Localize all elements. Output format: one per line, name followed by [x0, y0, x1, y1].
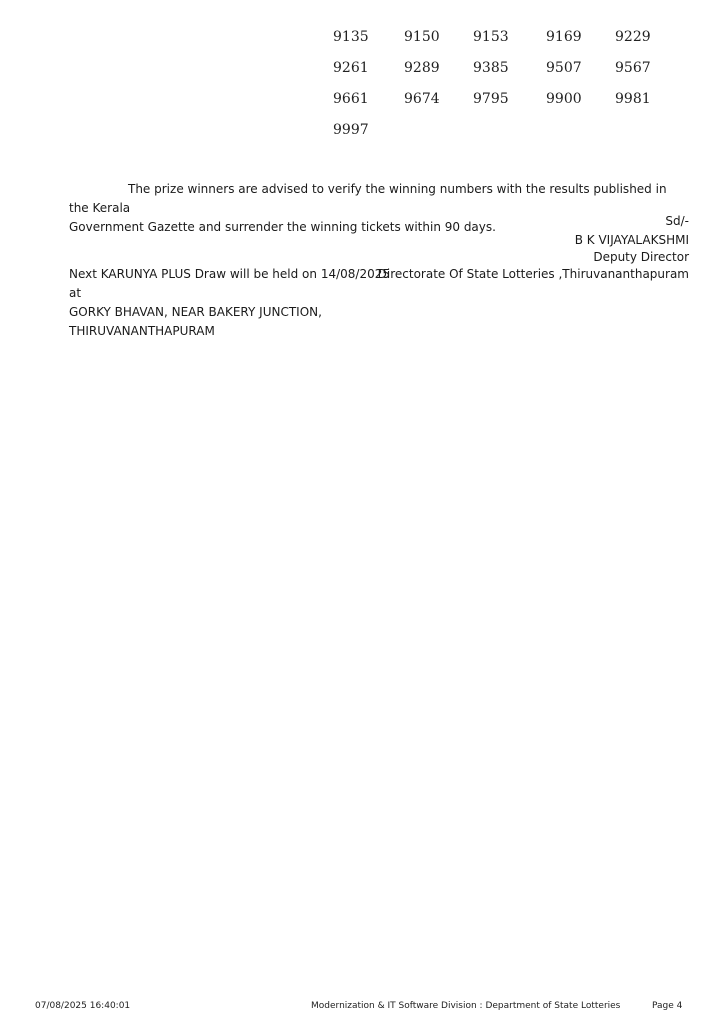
- footer-timestamp: 07/08/2025 16:40:01: [35, 1000, 130, 1012]
- winning-number: 9661: [333, 88, 369, 110]
- numbers-row: 9261 9289 9385 9507 9567: [333, 57, 693, 88]
- winning-number: 9229: [615, 26, 651, 48]
- winning-number: 9567: [615, 57, 651, 79]
- winning-number: 9981: [615, 88, 651, 110]
- next-draw-line-2: GORKY BHAVAN, NEAR BAKERY JUNCTION,: [69, 303, 399, 322]
- next-draw-line-1: Next KARUNYA PLUS Draw will be held on 1…: [69, 265, 399, 303]
- winning-number: 9289: [404, 57, 440, 79]
- footer-division: Modernization & IT Software Division : D…: [311, 1000, 620, 1012]
- winning-number: 9795: [473, 88, 509, 110]
- notice-line-2: Government Gazette and surrender the win…: [69, 220, 496, 234]
- numbers-row: 9661 9674 9795 9900 9981: [333, 88, 693, 119]
- notice-line-1: The prize winners are advised to verify …: [69, 182, 667, 215]
- signatory-office: Directorate Of State Lotteries ,Thiruvan…: [378, 265, 689, 284]
- notice-paragraph: The prize winners are advised to verify …: [69, 180, 689, 237]
- winning-number: 9674: [404, 88, 440, 110]
- next-draw-line-3: THIRUVANANTHAPURAM: [69, 322, 399, 341]
- numbers-row: 9135 9150 9153 9169 9229: [333, 26, 693, 57]
- winning-number: 9150: [404, 26, 440, 48]
- winning-number: 9169: [546, 26, 582, 48]
- next-draw-notice: Next KARUNYA PLUS Draw will be held on 1…: [69, 265, 399, 341]
- winning-number: 9153: [473, 26, 509, 48]
- signature-sd: Sd/-: [665, 212, 689, 231]
- winning-number: 9900: [546, 88, 582, 110]
- footer-page-number: Page 4: [652, 1000, 682, 1012]
- numbers-row: 9997: [333, 119, 693, 150]
- winning-number: 9135: [333, 26, 369, 48]
- winning-number: 9997: [333, 119, 369, 141]
- winning-number: 9261: [333, 57, 369, 79]
- winning-number: 9385: [473, 57, 509, 79]
- winning-numbers-grid: 9135 9150 9153 9169 9229 9261 9289 9385 …: [333, 26, 693, 150]
- winning-number: 9507: [546, 57, 582, 79]
